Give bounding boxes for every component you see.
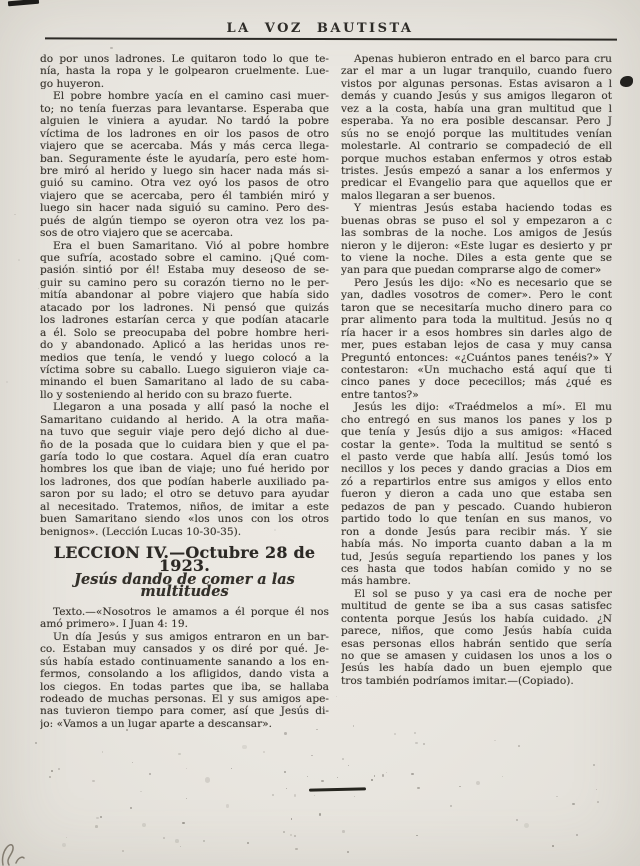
text-line: esperaba. Ya no era posible descansar. P… (341, 115, 612, 127)
paper-speck (307, 776, 308, 777)
paper-speck (294, 835, 296, 837)
paper-speck (572, 803, 574, 805)
text-line: demás y cuando Jesús y sus amigos llegar… (341, 90, 612, 102)
paper-speck (102, 751, 104, 753)
paper-speck (290, 834, 292, 836)
paper-speck (414, 732, 416, 734)
text-line: porque muchos estaban enfermos y otros e… (341, 153, 612, 165)
paper-speck (354, 796, 355, 797)
text-line: atacado por los ladrones. Ni pensó que q… (40, 302, 329, 314)
paper-speck (286, 788, 287, 789)
paper-speck (182, 822, 185, 825)
paper-speck (348, 765, 349, 766)
text-line: Un día Jesús y sus amigos entraron en un… (40, 631, 329, 643)
paper-speck (178, 753, 180, 755)
paper-speck (66, 837, 67, 838)
text-line: Preguntó entonces: «¿Cuántos panes tenéi… (341, 352, 612, 364)
text-line: tristes. Jesús empezó a sanar a los enfe… (341, 165, 612, 177)
paper-speck (314, 795, 315, 796)
paper-speck (518, 745, 520, 747)
text-line: parece, niños, que como Jesús había cuid… (341, 625, 612, 637)
text-line: Y mientras Jesús estaba haciendo todas e… (341, 202, 612, 214)
text-line: mer, pues estaban lejos de casa y muy ca… (341, 339, 612, 351)
text-line: to viene la noche. Diles a esta gente qu… (341, 252, 612, 264)
paper-speck (110, 47, 112, 49)
text-line: pasión sintió por él! Estaba muy deseoso… (40, 264, 329, 276)
text-line: Llegaron a una posada y allí pasó la noc… (40, 401, 329, 413)
text-line: molestarle. Al contrario se compadeció d… (341, 140, 612, 152)
paper-speck (100, 816, 102, 818)
paper-speck (394, 733, 396, 735)
text-line: nas tuvieron tiempo para comer, así que … (40, 705, 329, 717)
text-line: vistos por algunas personas. Estas avisa… (341, 78, 612, 90)
text-line: que sufría, acostado sobre el camino. ¡Q… (40, 252, 329, 264)
paragraph: Y mientras Jesús estaba haciendo todas e… (341, 202, 612, 277)
paper-speck (18, 259, 20, 261)
paper-speck (336, 696, 337, 697)
paper-speck (417, 787, 420, 790)
text-line: contenta porque Jesús los había cuidado.… (341, 613, 612, 625)
text-line: minando el buen Samaritano al lado de su… (40, 376, 329, 388)
text-line: to; no tenía fuerzas para levantarse. Es… (40, 103, 329, 115)
text-line: al necesitado. Tratemos, niños, de imita… (40, 501, 329, 513)
paper-speck (415, 742, 417, 744)
text-line: do por unos ladrones. Le quitaron todo l… (40, 53, 329, 65)
text-line: más hambre. (341, 575, 612, 587)
scan-artifact-corner-mark (8, 0, 39, 6)
paper-speck (163, 837, 165, 839)
text-line: ño de la posada que lo cuidara bien y qu… (40, 439, 329, 451)
text-line: viajero que se acercaba. Más y más cerca… (40, 140, 329, 152)
text-line: Jesús les dijo: «Traédmelos a mí». El mu (341, 401, 612, 413)
paper-speck (205, 777, 210, 782)
paper-speck (263, 751, 265, 753)
paper-speck (186, 768, 188, 770)
text-line: pedazos de pan y pescado. Cuando hubiero… (341, 501, 612, 513)
paper-speck (49, 776, 51, 778)
text-line: do y abandonado. Aplicó a las heridas un… (40, 339, 329, 351)
paper-speck (319, 813, 321, 815)
text-line: que tenía y Jesús dijo a sus amigos: «Ha… (341, 426, 612, 438)
paper-speck (382, 774, 384, 776)
text-line: hombres los que iban de viaje; uno fué h… (40, 463, 329, 475)
masthead-rule (45, 37, 617, 40)
text-line: ría hacer ir a esos hombres sin darles a… (341, 327, 612, 339)
text-line: predicar el Evangelio para que aquellos … (341, 177, 612, 189)
paper-speck (494, 740, 495, 741)
paper-speck (337, 777, 338, 778)
text-line: garía todo lo que costara. Aquel día era… (40, 451, 329, 463)
paper-speck (272, 794, 274, 796)
paper-speck (51, 770, 53, 772)
paragraph: Un día Jesús y sus amigos entraron en un… (40, 631, 329, 731)
paper-speck (284, 732, 287, 735)
text-line: ces hasta que todos habían comido y no s… (341, 563, 612, 575)
paper-speck (386, 772, 387, 773)
text-line: rodeado de muchas personas. El y sus ami… (40, 693, 329, 705)
paper-speck (283, 831, 285, 833)
paper-speck (242, 745, 246, 749)
text-line: jo: «Vamos a un lugar aparte a descansar… (40, 718, 329, 730)
text-line: sos de otro viajero que se acercaba. (40, 227, 329, 239)
scan-artifact-pen-squiggle (0, 836, 34, 866)
text-line: vez a la costa, había una gran multitud … (341, 103, 612, 115)
text-line: nieron y le dijeron: «Este lugar es desi… (341, 240, 612, 252)
text-line: Texto.—«Nosotros le amamos a él porque é… (40, 606, 329, 618)
text-line: pués de algún tiempo se oyeron otra vez … (40, 215, 329, 227)
scan-artifact-ink-blob (620, 76, 633, 87)
text-line: llo y sosteniendo al herido con su brazo… (40, 389, 329, 401)
paper-speck (459, 786, 460, 787)
text-line: go huyeron. (40, 78, 329, 90)
paper-speck (58, 768, 59, 769)
paper-speck (14, 214, 15, 215)
text-line: entre tantos?» (341, 389, 612, 401)
lesson-subtitle: Jesús dando de comer a las multitudes (40, 574, 329, 599)
paragraph: Jesús les dijo: «Traédmelos a mí». El mu… (341, 401, 612, 588)
text-line: taron que se necesitaría mucho dinero pa… (341, 302, 612, 314)
paper-speck (6, 381, 8, 383)
text-line: necillos y los peces y dando gracias a D… (341, 463, 612, 475)
paragraph: Texto.—«Nosotros le amamos a él porque é… (40, 606, 329, 631)
paragraph: El sol se puso y ya casi era de noche pe… (341, 588, 612, 688)
paper-speck (291, 818, 293, 820)
paper-speck (353, 725, 355, 727)
paper-speck (186, 798, 187, 799)
text-line: El sol se puso y ya casi era de noche pe… (341, 588, 612, 600)
text-line: Pero Jesús les dijo: «No es necesario qu… (341, 277, 612, 289)
paper-speck (371, 779, 372, 780)
text-line: los ladrones, dos que podían haberle aux… (40, 476, 329, 488)
text-line: las sombras de la noche. Los amigos de J… (341, 227, 612, 239)
text-line: viajero que se acercaba, pero él también… (40, 190, 329, 202)
text-line: amó primero». I Juan 4: 19. (40, 618, 329, 630)
paragraph: Llegaron a una posada y allí pasó la noc… (40, 401, 329, 538)
paragraph: do por unos ladrones. Le quitaron todo l… (40, 53, 329, 90)
paper-speck (180, 846, 181, 847)
text-line: zar el mar a un lugar tranquilo, cuando … (341, 65, 612, 77)
text-line: prar alimento para toda la multitud. Jes… (341, 314, 612, 326)
paper-speck (552, 845, 554, 847)
text-line: cho entregó en sus manos los panes y los… (341, 414, 612, 426)
text-line: sús había estado continuamente sanando a… (40, 656, 329, 668)
paper-speck (516, 819, 518, 821)
text-line: Apenas hubieron entrado en el barco para… (341, 53, 612, 65)
paper-speck (347, 851, 349, 853)
paper-speck (295, 848, 298, 851)
text-line: buenas obras se puso el sol y empezaron … (341, 215, 612, 227)
paper-speck (596, 789, 597, 790)
paper-speck (311, 755, 313, 757)
paper-speck (524, 823, 529, 828)
text-line: luego sin hacer nada siguió su camino. P… (40, 202, 329, 214)
text-line: yan, dadles vosotros de comer». Pero le … (341, 289, 612, 301)
paper-speck (142, 823, 146, 827)
paper-speck (342, 758, 344, 760)
text-line: zó a repartirlos entre sus amigos y ello… (341, 476, 612, 488)
paper-speck (374, 775, 376, 777)
text-line: buen Samaritano siendo «los unos con los… (40, 513, 329, 525)
text-line: partido todo lo que tenían en sus manos,… (341, 513, 612, 525)
text-line: fermos, consolando a los afligidos, dand… (40, 668, 329, 680)
text-line: nía, hasta la ropa y le golpearon cruelm… (40, 65, 329, 77)
paper-speck (342, 830, 345, 833)
text-line: fueron y dieron a cada uno que estaba se… (341, 488, 612, 500)
text-line: Samaritano cuidando al herido. A la otra… (40, 414, 329, 426)
paper-speck (411, 773, 413, 775)
text-line: a él. Solo se preocupaba del pobre hombr… (40, 327, 329, 339)
paper-speck (122, 850, 124, 852)
text-line: el pasto verde que había allí. Jesús tom… (341, 451, 612, 463)
paper-speck (203, 840, 205, 842)
paper-speck (95, 825, 98, 828)
text-line: mitía abandonar al pobre viajero que hab… (40, 289, 329, 301)
paper-speck (149, 773, 151, 775)
text-line: alguien le viniera a ayudar. No tardó la… (40, 115, 329, 127)
left-column: do por unos ladrones. Le quitaron todo l… (40, 53, 329, 730)
text-line: cinco panes y doce pececillos; más ¿qué … (341, 376, 612, 388)
text-line: benignos». (Lección Lucas 10-30-35). (40, 526, 329, 538)
paper-speck (476, 781, 480, 785)
paper-speck (597, 801, 599, 803)
text-line: costar la gente». Toda la multitud se se… (341, 439, 612, 451)
paper-speck (175, 839, 179, 843)
text-line: yan para que puedan comprarse algo de co… (341, 264, 612, 276)
text-line: no que se amasen y cuidasen los unos a l… (341, 650, 612, 662)
text-line: víctima sobre su caballo. Luego siguiero… (40, 364, 329, 376)
text-line: esas personas ellos habrán sentido que s… (341, 638, 612, 650)
paper-speck (130, 807, 131, 808)
publication-title: LA VOZ BAUTISTA (0, 21, 640, 36)
paper-speck (294, 794, 297, 797)
text-line: tros también podríamos imitar.—(Copiado)… (341, 675, 612, 687)
text-line: guir su camino pero su corazón tierno no… (40, 277, 329, 289)
paper-speck (96, 817, 99, 820)
paper-speck (502, 776, 503, 777)
paper-speck (284, 771, 286, 773)
paper-speck (132, 762, 133, 763)
scan-artifact-dash-line (309, 787, 366, 791)
paper-speck (593, 764, 595, 766)
paper-speck (416, 835, 417, 836)
paper-speck (35, 742, 37, 744)
text-line: tud, Jesús seguía repartiendo los panes … (341, 551, 612, 563)
text-line: medios que tenía, le vendó y luego coloc… (40, 352, 329, 364)
text-line: había más. No importa cuanto daban a la … (341, 538, 612, 550)
paper-speck (576, 834, 578, 836)
paper-speck (62, 843, 67, 848)
scanned-page: LA VOZ BAUTISTA do por unos ladrones. Le… (0, 0, 640, 866)
paragraph: El pobre hombre yacía en el camino casi … (40, 90, 329, 239)
right-column: Apenas hubieron entrado en el barco para… (341, 53, 612, 687)
text-line: malos llegaran a ser buenos. (341, 190, 612, 202)
paper-speck (321, 780, 324, 783)
paper-speck (450, 805, 451, 806)
text-line: los ladrones estarían cerca y que podían… (40, 314, 329, 326)
text-line: sús no se enojó porque las multitudes ve… (341, 128, 612, 140)
text-line: ban. Seguramente éste le ayudaría, pero … (40, 153, 329, 165)
paragraph: Pero Jesús les dijo: «No es necesario qu… (341, 277, 612, 401)
text-line: El pobre hombre yacía en el camino casi … (40, 90, 329, 102)
text-line: co. Estaban muy cansados y os diré por q… (40, 643, 329, 655)
text-line: los ciegos. En todas partes que iba, se … (40, 681, 329, 693)
lesson-heading: LECCION IV.—Octubre 28 de 1923. (40, 547, 329, 572)
text-line: Era el buen Samaritano. Vió al pobre hom… (40, 240, 329, 252)
paragraph: Era el buen Samaritano. Vió al pobre hom… (40, 240, 329, 402)
paper-speck (423, 743, 425, 745)
text-line: ron a donde Jesús para recibir más. Y si… (341, 526, 612, 538)
paper-speck (140, 791, 142, 793)
paragraph: Apenas hubieron entrado en el barco para… (341, 53, 612, 202)
paper-speck (226, 804, 229, 807)
text-line: Jesús les había dado un buen ejemplo que (341, 662, 612, 674)
text-line: guió su camino. Otra vez oyó los pasos d… (40, 177, 329, 189)
paper-speck (247, 842, 249, 844)
text-line: multitud de gente se iba a sus casas sat… (341, 600, 612, 612)
paper-speck (92, 780, 95, 783)
text-line: saron por su lado; el otro se detuvo par… (40, 488, 329, 500)
text-line: bre miró al herido y luego sin hacer nad… (40, 165, 329, 177)
text-line: víctima de los ladrones en oir los pasos… (40, 128, 329, 140)
text-line: contestaron: «Un muchacho está aquí que … (341, 364, 612, 376)
paper-speck (556, 796, 557, 797)
paper-speck (231, 768, 232, 769)
text-line: na tuvo que seguir viaje pero dejó dicho… (40, 426, 329, 438)
